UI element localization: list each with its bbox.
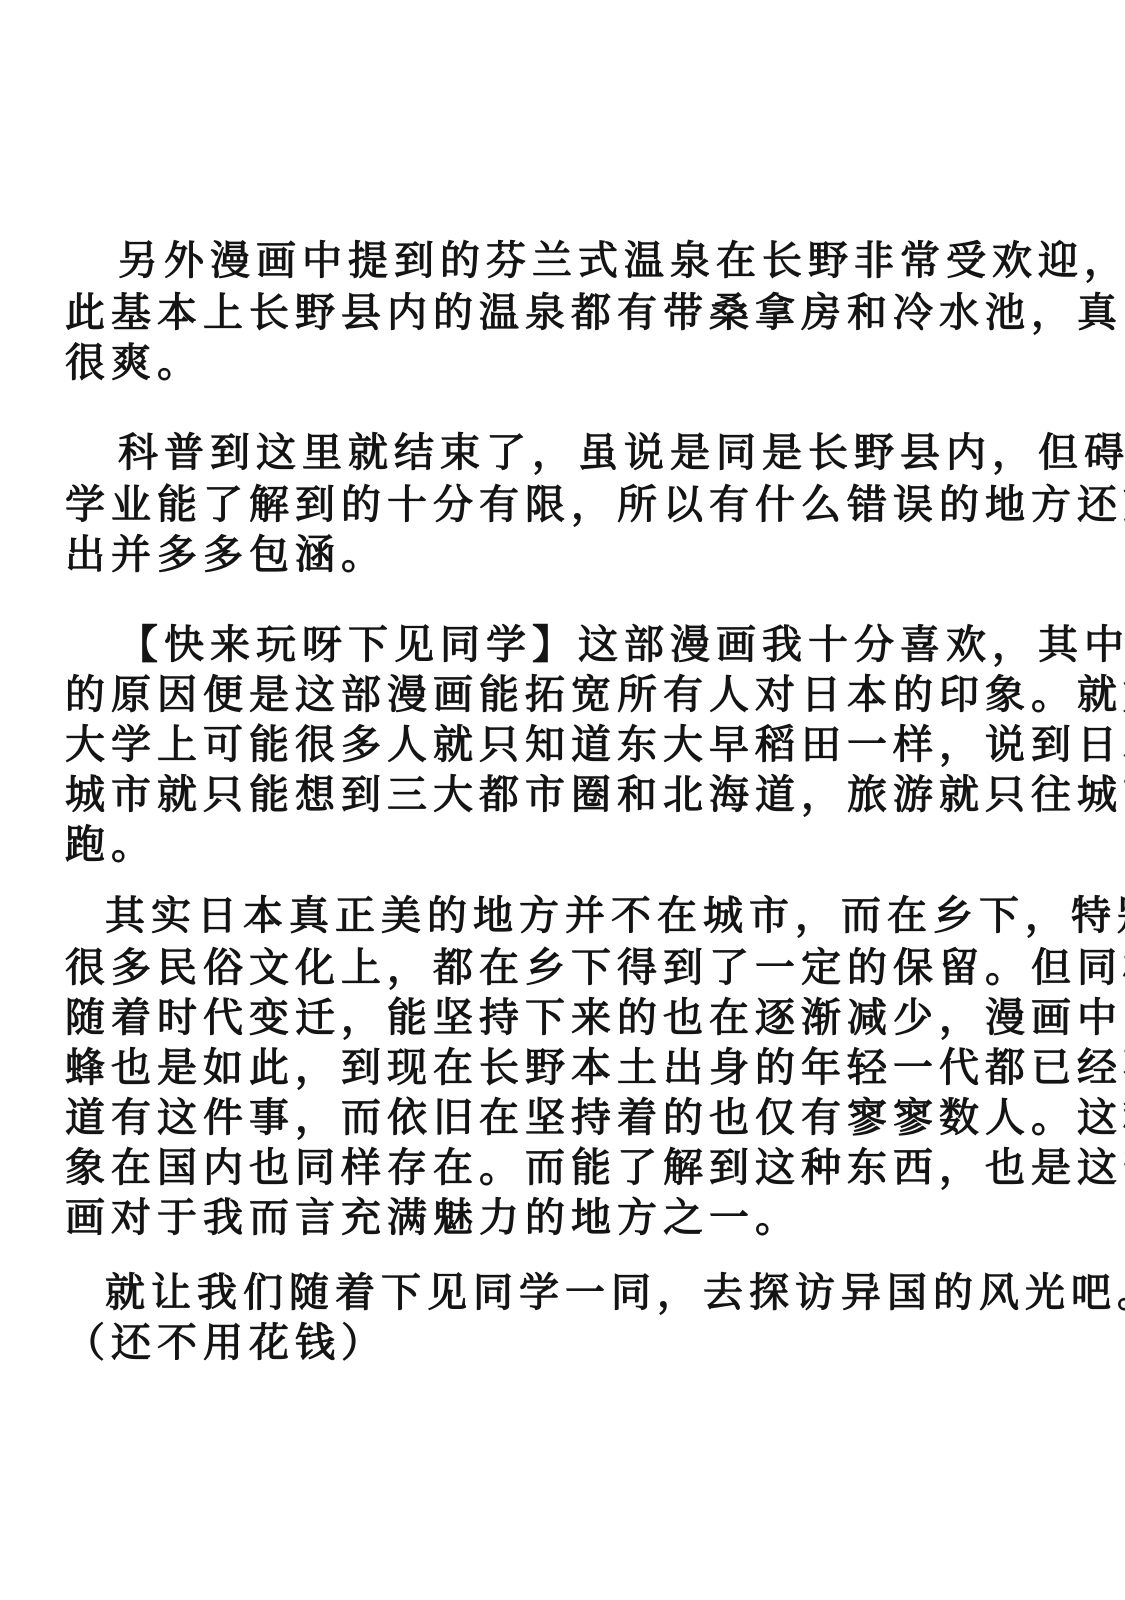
- text-line: 很多民俗文化上，都在乡下得到了一定的保留。但同样的，: [65, 943, 1125, 993]
- text-line: 学业能了解到的十分有限，所以有什么错误的地方还望指: [65, 480, 1125, 530]
- text-line: （还不用花钱）: [65, 1318, 387, 1368]
- document-page: 另外漫画中提到的芬兰式温泉在长野非常受欢迎，因 此基本上长野县内的温泉都有带桑拿…: [0, 0, 1125, 1600]
- text-line: 象在国内也同样存在。而能了解到这种东西，也是这部漫: [65, 1143, 1125, 1193]
- text-line: 此基本上长野县内的温泉都有带桑拿房和冷水池，真的: [65, 288, 1125, 338]
- text-line: 画对于我而言充满魅力的地方之一。: [65, 1193, 801, 1243]
- text-line: 【快来玩呀下见同学】这部漫画我十分喜欢，其中最大: [118, 620, 1125, 670]
- text-line: 跑。: [65, 820, 157, 870]
- text-line: 很爽。: [65, 338, 203, 388]
- text-line: 蜂也是如此，到现在长野本土出身的年轻一代都已经不知: [65, 1043, 1125, 1093]
- text-line: 另外漫画中提到的芬兰式温泉在长野非常受欢迎，因: [118, 236, 1125, 286]
- text-line: 城市就只能想到三大都市圈和北海道，旅游就只往城市里: [65, 770, 1125, 820]
- text-line: 的原因便是这部漫画能拓宽所有人对日本的印象。就如在: [65, 670, 1125, 720]
- text-line: 大学上可能很多人就只知道东大早稻田一样，说到日本的: [65, 720, 1125, 770]
- text-line: 科普到这里就结束了，虽说是同是长野县内，但碍于: [118, 428, 1125, 478]
- text-line: 其实日本真正美的地方并不在城市，而在乡下，特别是: [105, 891, 1125, 941]
- text-line: 出并多多包涵。: [65, 530, 387, 580]
- text-line: 就让我们随着下见同学一同，去探访异国的风光吧。: [105, 1268, 1125, 1318]
- text-line: 随着时代变迁，能坚持下来的也在逐渐减少，漫画中的追: [65, 993, 1125, 1043]
- text-line: 道有这件事，而依旧在坚持着的也仅有寥寥数人。这种现: [65, 1093, 1125, 1143]
